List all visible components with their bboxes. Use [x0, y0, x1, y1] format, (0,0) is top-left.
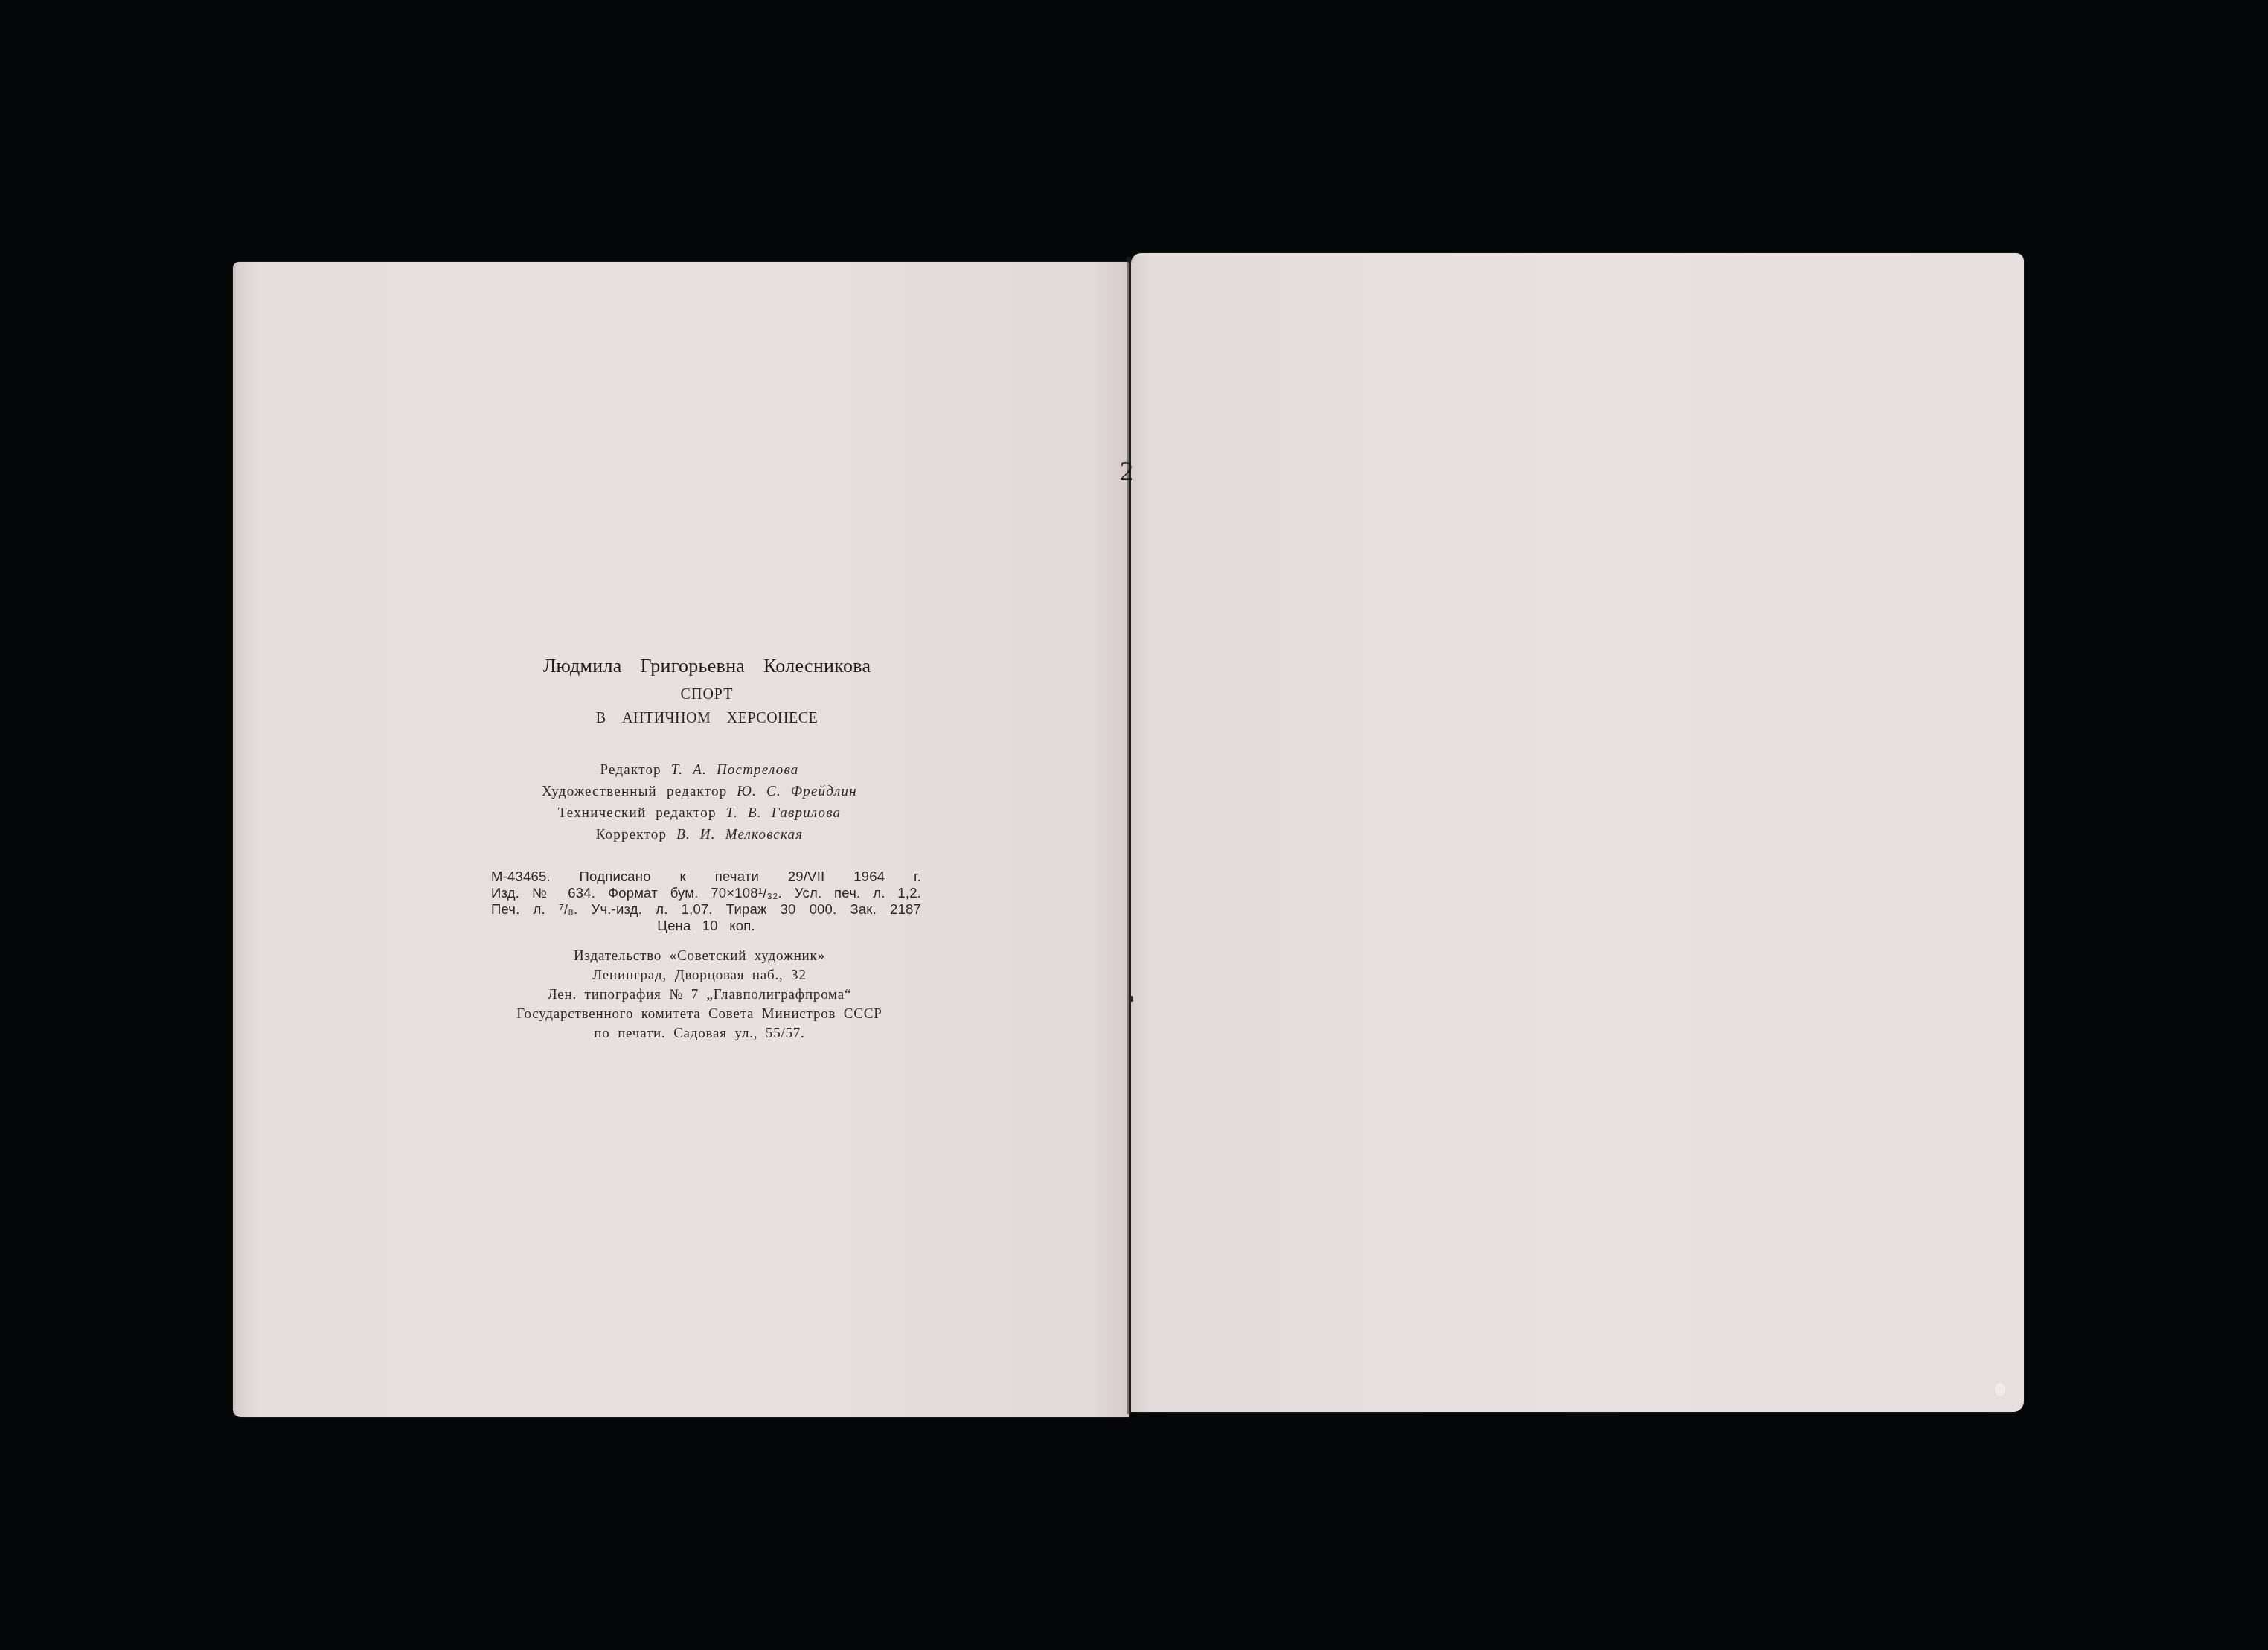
publisher-block: Издательство «Советский художник» Ленинг…: [476, 947, 923, 1043]
credit-name: Т. А. Пострелова: [671, 762, 799, 778]
publisher-line: Государственного комитета Совета Министр…: [476, 1005, 923, 1024]
credit-name: В. И. Мелковская: [676, 827, 803, 842]
price-line: Цена 10 коп.: [491, 918, 921, 934]
book-gutter: [1127, 257, 1131, 1414]
credit-role: Технический редактор: [558, 805, 717, 821]
credit-art-editor: Художественный редактор Ю. С. Фрейдлин: [476, 781, 923, 802]
credit-role: Художественный редактор: [542, 784, 727, 799]
credit-proofreader: Корректор В. И. Мелковская: [476, 824, 923, 845]
book-title-line1: СПОРТ: [521, 686, 893, 703]
publisher-line: Ленинград, Дворцовая наб., 32: [476, 966, 923, 985]
print-line: Печ. л. ⁷/₈. Уч.-изд. л. 1,07. Тираж 30 …: [491, 901, 921, 918]
publisher-line: по печати. Садовая ул., 55/57.: [476, 1024, 923, 1043]
credit-editor: Редактор Т. А. Пострелова: [476, 759, 923, 781]
page-number: 2: [1120, 455, 1133, 487]
credits-block: Редактор Т. А. Пострелова Художественный…: [476, 759, 923, 845]
author-name: Людмила Григорьевна Колесникова: [521, 655, 893, 677]
credit-name: Ю. С. Фрейдлин: [737, 784, 857, 799]
print-line: М-43465. Подписано к печати 29/VII 1964 …: [491, 869, 921, 885]
publisher-line: Издательство «Советский художник»: [476, 947, 923, 966]
credit-role: Редактор: [600, 762, 661, 778]
publisher-line: Лен. типография № 7 „Главполиграфпрома“: [476, 985, 923, 1005]
paper-blemish: [1130, 996, 1133, 1002]
right-page: [1131, 253, 2024, 1412]
print-line: Изд. № 634. Формат бум. 70×108¹/₃₂. Усл.…: [491, 885, 921, 901]
print-details: М-43465. Подписано к печати 29/VII 1964 …: [491, 869, 921, 934]
credit-tech-editor: Технический редактор Т. В. Гаврилова: [476, 802, 923, 824]
book-title-line2: В АНТИЧНОМ ХЕРСОНЕСЕ: [521, 710, 893, 727]
credit-role: Корректор: [596, 827, 667, 842]
corner-fold: [1995, 1383, 2005, 1396]
credit-name: Т. В. Гаврилова: [726, 805, 842, 821]
